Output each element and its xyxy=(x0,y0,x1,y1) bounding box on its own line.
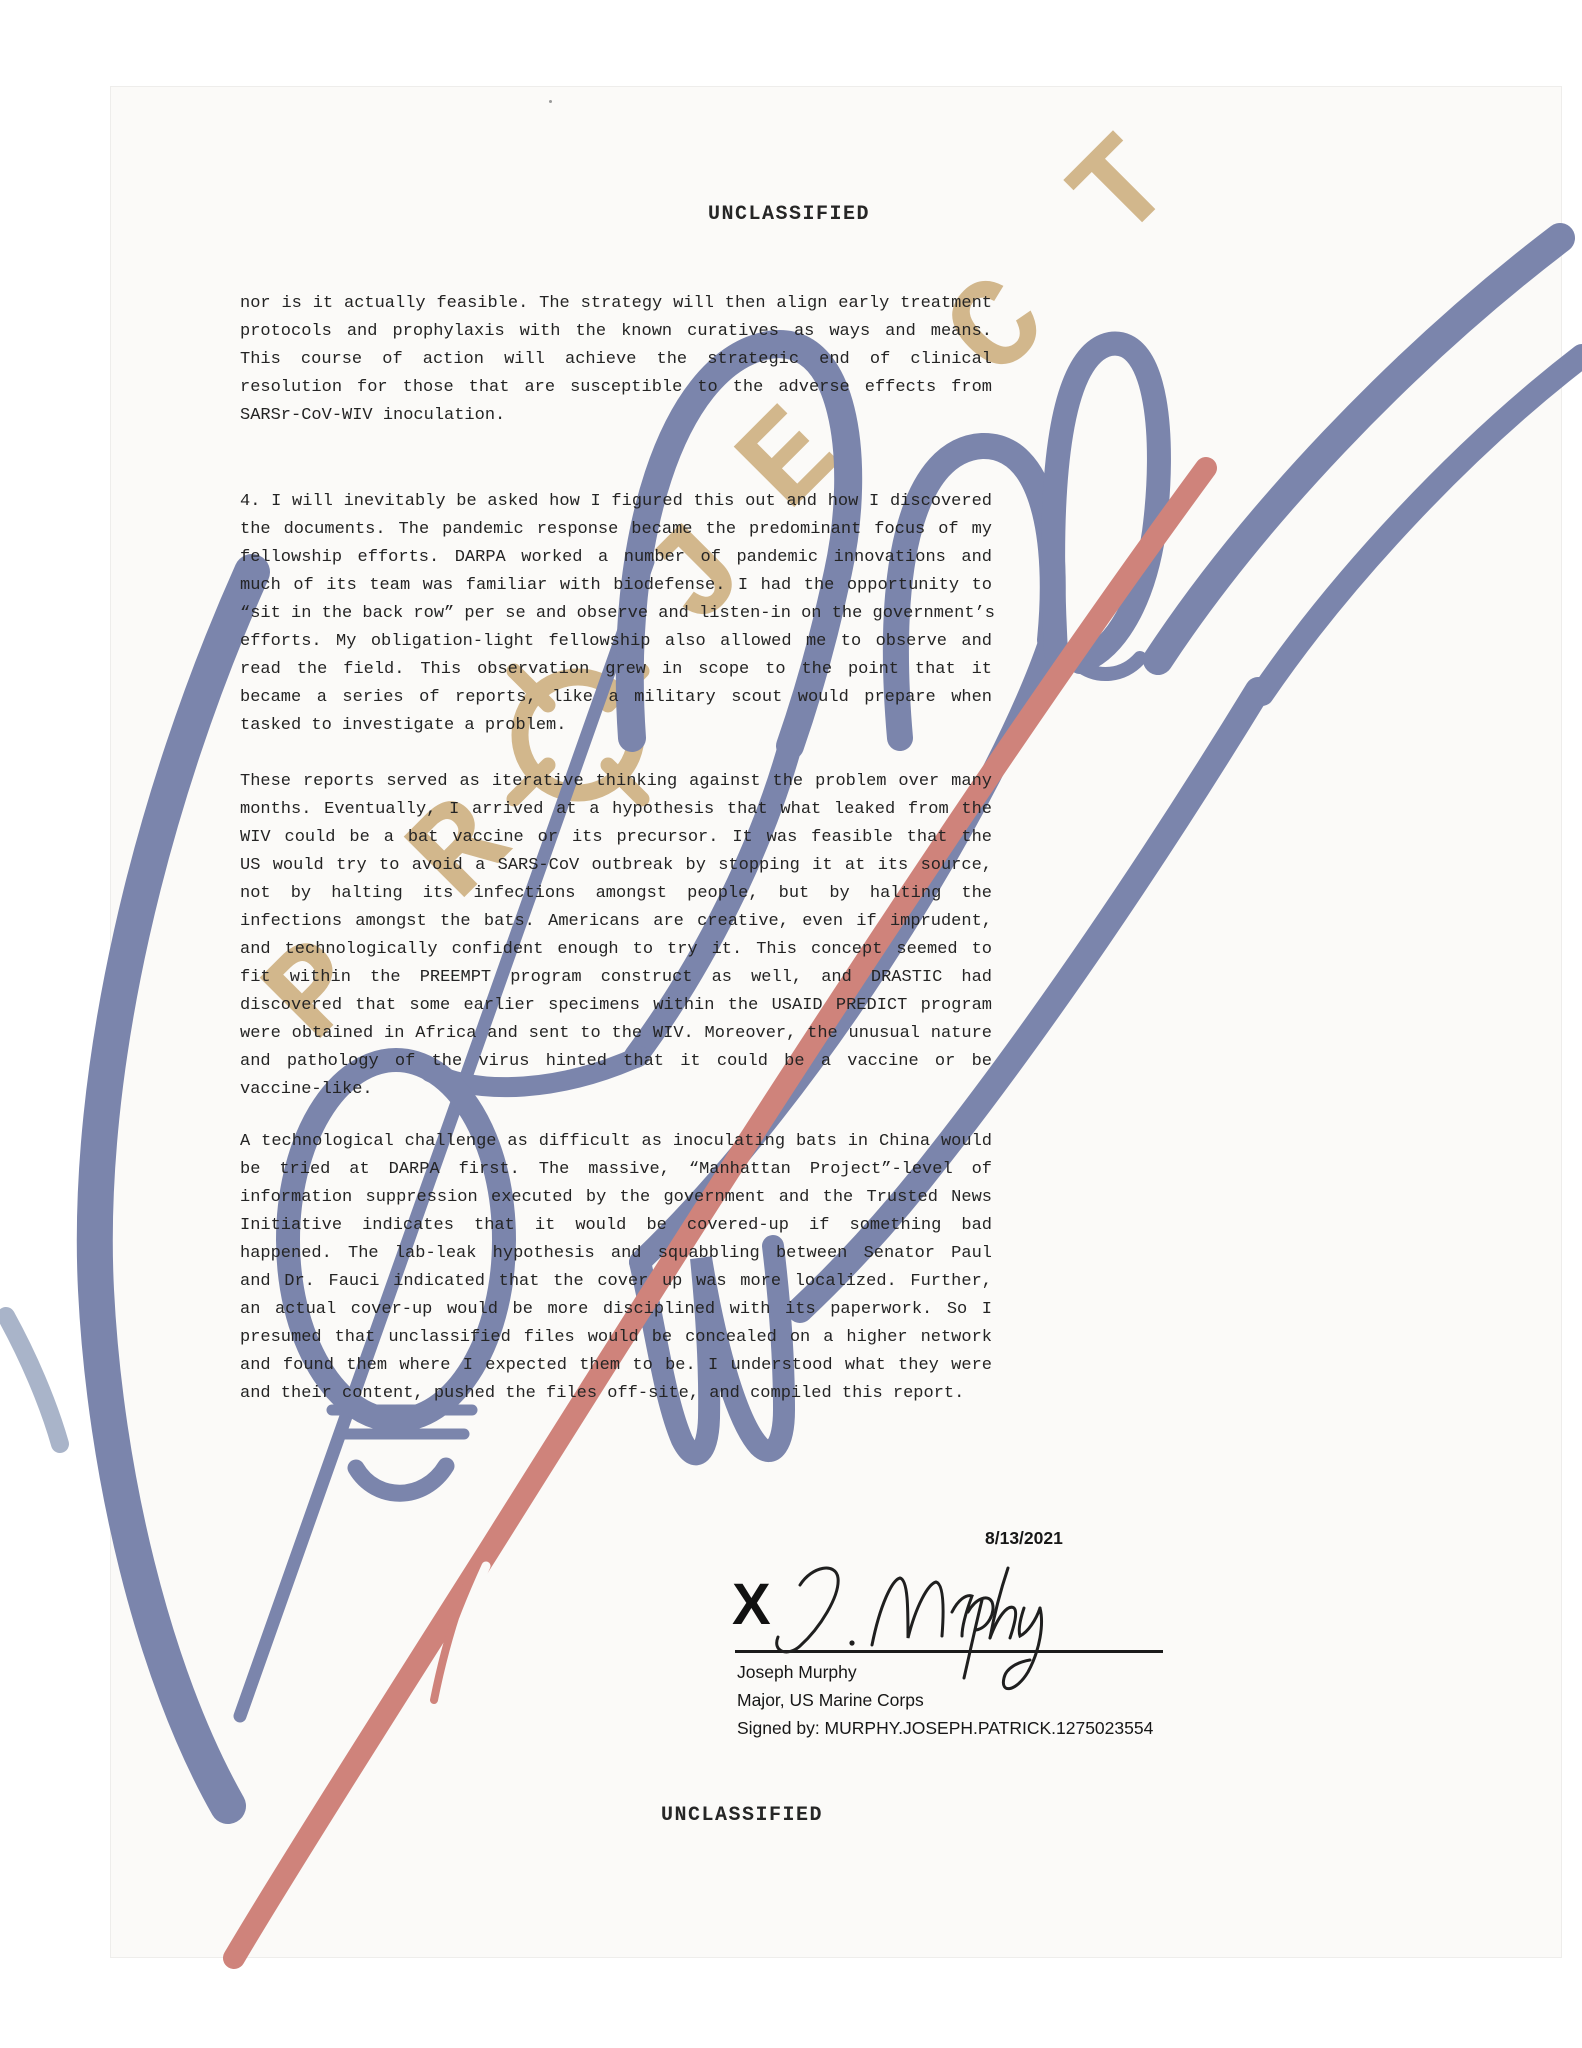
text-line: and pathology of the virus hinted that i… xyxy=(240,1048,992,1076)
header-classification: UNCLASSIFIED xyxy=(708,203,870,226)
text-line: resolution for those that are susceptibl… xyxy=(240,374,992,402)
text-line: efforts. My obligation-light fellowship … xyxy=(240,628,992,656)
text-line: happened. The lab-leak hypothesis and sq… xyxy=(240,1240,992,1268)
footer-classification: UNCLASSIFIED xyxy=(661,1804,823,1827)
document-text-layer: UNCLASSIFIED nor is it actually feasible… xyxy=(0,0,1582,2048)
text-line: tasked to investigate a problem. xyxy=(240,712,992,740)
text-line: 4. I will inevitably be asked how I figu… xyxy=(240,488,992,516)
scan-speck xyxy=(549,100,552,103)
text-line: information suppression executed by the … xyxy=(240,1184,992,1212)
text-line: infections amongst the bats. Americans a… xyxy=(240,908,992,936)
text-line: be tried at DARPA first. The massive, “M… xyxy=(240,1156,992,1184)
text-line: discovered that some earlier specimens w… xyxy=(240,992,992,1020)
paragraph-how-discovered: 4. I will inevitably be asked how I figu… xyxy=(240,488,992,740)
text-line: not by halting its infections amongst pe… xyxy=(240,880,992,908)
text-line: and their content, pushed the files off-… xyxy=(240,1380,992,1408)
text-line: the documents. The pandemic response bec… xyxy=(240,516,992,544)
text-line: vaccine-like. xyxy=(240,1076,992,1104)
signer-rank: Major, US Marine Corps xyxy=(737,1690,924,1711)
text-line: fellowship efforts. DARPA worked a numbe… xyxy=(240,544,992,572)
text-line: This course of action will achieve the s… xyxy=(240,346,992,374)
digital-signature-line: Signed by: MURPHY.JOSEPH.PATRICK.1275023… xyxy=(737,1718,1153,1739)
signature-x-mark: X xyxy=(732,1576,771,1634)
text-line: and technologically confident enough to … xyxy=(240,936,992,964)
text-line: became a series of reports, like a milit… xyxy=(240,684,992,712)
signer-name: Joseph Murphy xyxy=(737,1662,857,1683)
text-line: protocols and prophylaxis with the known… xyxy=(240,318,992,346)
text-line: were obtained in Africa and sent to the … xyxy=(240,1020,992,1048)
signature-date: 8/13/2021 xyxy=(985,1528,1063,1549)
text-line: and Dr. Fauci indicated that the cover u… xyxy=(240,1268,992,1296)
text-line: presumed that unclassified files would b… xyxy=(240,1324,992,1352)
text-line: SARSr-CoV-WIV inoculation. xyxy=(240,402,992,430)
text-line: fit within the PREEMPT program construct… xyxy=(240,964,992,992)
text-line: an actual cover-up would be more discipl… xyxy=(240,1296,992,1324)
paragraph-strategy: nor is it actually feasible. The strateg… xyxy=(240,290,992,430)
text-line: and found them where I expected them to … xyxy=(240,1352,992,1380)
text-line: “sit in the back row” per se and observe… xyxy=(240,600,992,628)
text-line: Initiative indicates that it would be co… xyxy=(240,1212,992,1240)
text-line: nor is it actually feasible. The strateg… xyxy=(240,290,992,318)
signature-line xyxy=(735,1650,1163,1653)
paragraph-coverup: A technological challenge as difficult a… xyxy=(240,1128,992,1408)
paragraph-hypothesis: These reports served as iterative thinki… xyxy=(240,768,992,1104)
text-line: These reports served as iterative thinki… xyxy=(240,768,992,796)
text-line: A technological challenge as difficult a… xyxy=(240,1128,992,1156)
text-line: WIV could be a bat vaccine or its precur… xyxy=(240,824,992,852)
text-line: read the field. This observation grew in… xyxy=(240,656,992,684)
text-line: US would try to avoid a SARS-CoV outbrea… xyxy=(240,852,992,880)
text-line: months. Eventually, I arrived at a hypot… xyxy=(240,796,992,824)
text-line: much of its team was familiar with biode… xyxy=(240,572,992,600)
